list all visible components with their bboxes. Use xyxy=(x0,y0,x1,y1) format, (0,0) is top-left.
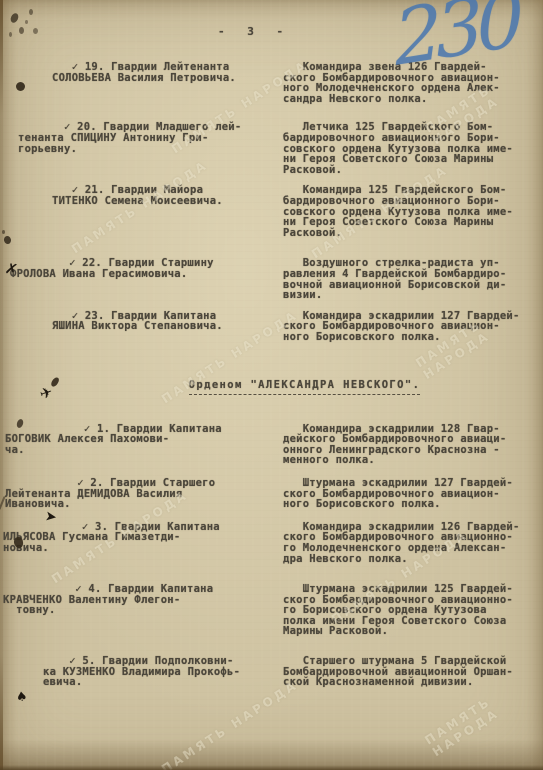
recipient-position: Летчика 125 Гвардейского Бом- бардировоч… xyxy=(283,122,543,175)
recipient-name: ✓ 3. Гвардии Капитана ИЛЬЯСОВА Гусмана Г… xyxy=(3,522,220,554)
recipient-position: Воздушного стрелка-радиста уп- равления … xyxy=(283,258,543,300)
award-entry-20: ✓ 20. Гвардии Младшего лей- тенанта СПИЦ… xyxy=(0,122,543,175)
recipient-name: ✓ 22. Гвардии Старшину ФРОЛОВА Ивана Гер… xyxy=(10,258,214,279)
award-entry-4: ✓ 4. Гвардии Капитана КРАВЧЕНКО Валентин… xyxy=(0,584,543,637)
ink-blot xyxy=(33,28,38,34)
recipient-name: ✓ 20. Гвардии Младшего лей- тенанта СПИЦ… xyxy=(18,122,241,154)
recipient-position: Старшего штурмана 5 Гвардейской Бомбарди… xyxy=(283,656,543,688)
section-heading-row: Орденом "АЛЕКСАНДРА НЕВСКОГО". xyxy=(0,373,543,394)
recipient-name: ✓ 21. Гвардии Майора ТИТЕНКО Семена Моис… xyxy=(52,185,223,206)
ink-spade-mark: ♠ xyxy=(15,690,28,704)
award-entry-19: ✓ 19. Гвардии Лейтенанта СОЛОВЬЕВА Васил… xyxy=(0,62,543,104)
award-entry-1: ✓ 1. Гвардии Капитана БОГОВИК Алексея Па… xyxy=(0,424,543,466)
ink-blot xyxy=(25,20,28,24)
recipient-position: Командира эскадрилии 126 Гвардей- ского … xyxy=(283,522,543,564)
recipient-position: Командира эскадрилии 127 Гвардей- ского … xyxy=(283,311,543,343)
award-entry-22: ✓ 22. Гвардии Старшину ФРОЛОВА Ивана Гер… xyxy=(0,258,543,300)
recipient-position: Командира эскадрилии 128 Гвар- дейского … xyxy=(283,424,543,466)
ink-blot xyxy=(9,32,12,37)
recipient-name: ✓ 5. Гвардии Подполковни- ка КУЗМЕНКО Вл… xyxy=(43,656,240,688)
award-entry-3: ✓ 3. Гвардии Капитана ИЛЬЯСОВА Гусмана Г… xyxy=(0,522,543,564)
recipient-position: Командира 125 Гвардейского Бом- бардиров… xyxy=(283,185,543,238)
recipient-position: Штурмана эскадрилии 125 Гвардей- ского Б… xyxy=(283,584,543,637)
ink-blot xyxy=(16,82,25,91)
ink-blot xyxy=(19,27,24,34)
ink-arrow-mark: ➤ xyxy=(44,509,58,524)
award-entry-2: ✓ 2. Гвардии Старшего Лейтенанта ДЕМИДОВ… xyxy=(0,478,543,510)
recipient-name: ✓ 1. Гвардии Капитана БОГОВИК Алексея Па… xyxy=(5,424,222,456)
document-body: ✓ 19. Гвардии Лейтенанта СОЛОВЬЕВА Васил… xyxy=(0,0,543,688)
ink-blot xyxy=(29,9,33,15)
recipient-name: ✓ 19. Гвардии Лейтенанта СОЛОВЬЕВА Васил… xyxy=(52,62,236,83)
recipient-position: Штурмана эскадрилии 127 Гвардей- ского Б… xyxy=(283,478,543,510)
scan-bottom-edge xyxy=(0,765,543,770)
watermark: ПАМЯТЬ НАРОДА xyxy=(159,678,300,770)
award-entry-21: ✓ 21. Гвардии Майора ТИТЕНКО Семена Моис… xyxy=(0,185,543,238)
recipient-name: ✓ 4. Гвардии Капитана КРАВЧЕНКО Валентин… xyxy=(3,584,213,616)
scan-left-edge xyxy=(0,0,3,770)
award-entry-23: ✓ 23. Гвардии Капитана ЯШИНА Виктора Сте… xyxy=(0,311,543,343)
ink-blot xyxy=(2,230,5,234)
award-entry-5: ✓ 5. Гвардии Подполковни- ка КУЗМЕНКО Вл… xyxy=(0,656,543,688)
scanned-document-page: ПАМЯТЬ НАРОДА ПАМЯТЬ НАРОДА ПАМЯТЬ НАРОД… xyxy=(0,0,543,770)
recipient-name: ✓ 2. Гвардии Старшего Лейтенанта ДЕМИДОВ… xyxy=(5,478,215,510)
recipient-name: ✓ 23. Гвардии Капитана ЯШИНА Виктора Сте… xyxy=(52,311,223,332)
recipient-position: Командира звена 126 Гвардей- ского Бомба… xyxy=(283,62,543,104)
section-heading: Орденом "АЛЕКСАНДРА НЕВСКОГО". xyxy=(189,380,421,394)
